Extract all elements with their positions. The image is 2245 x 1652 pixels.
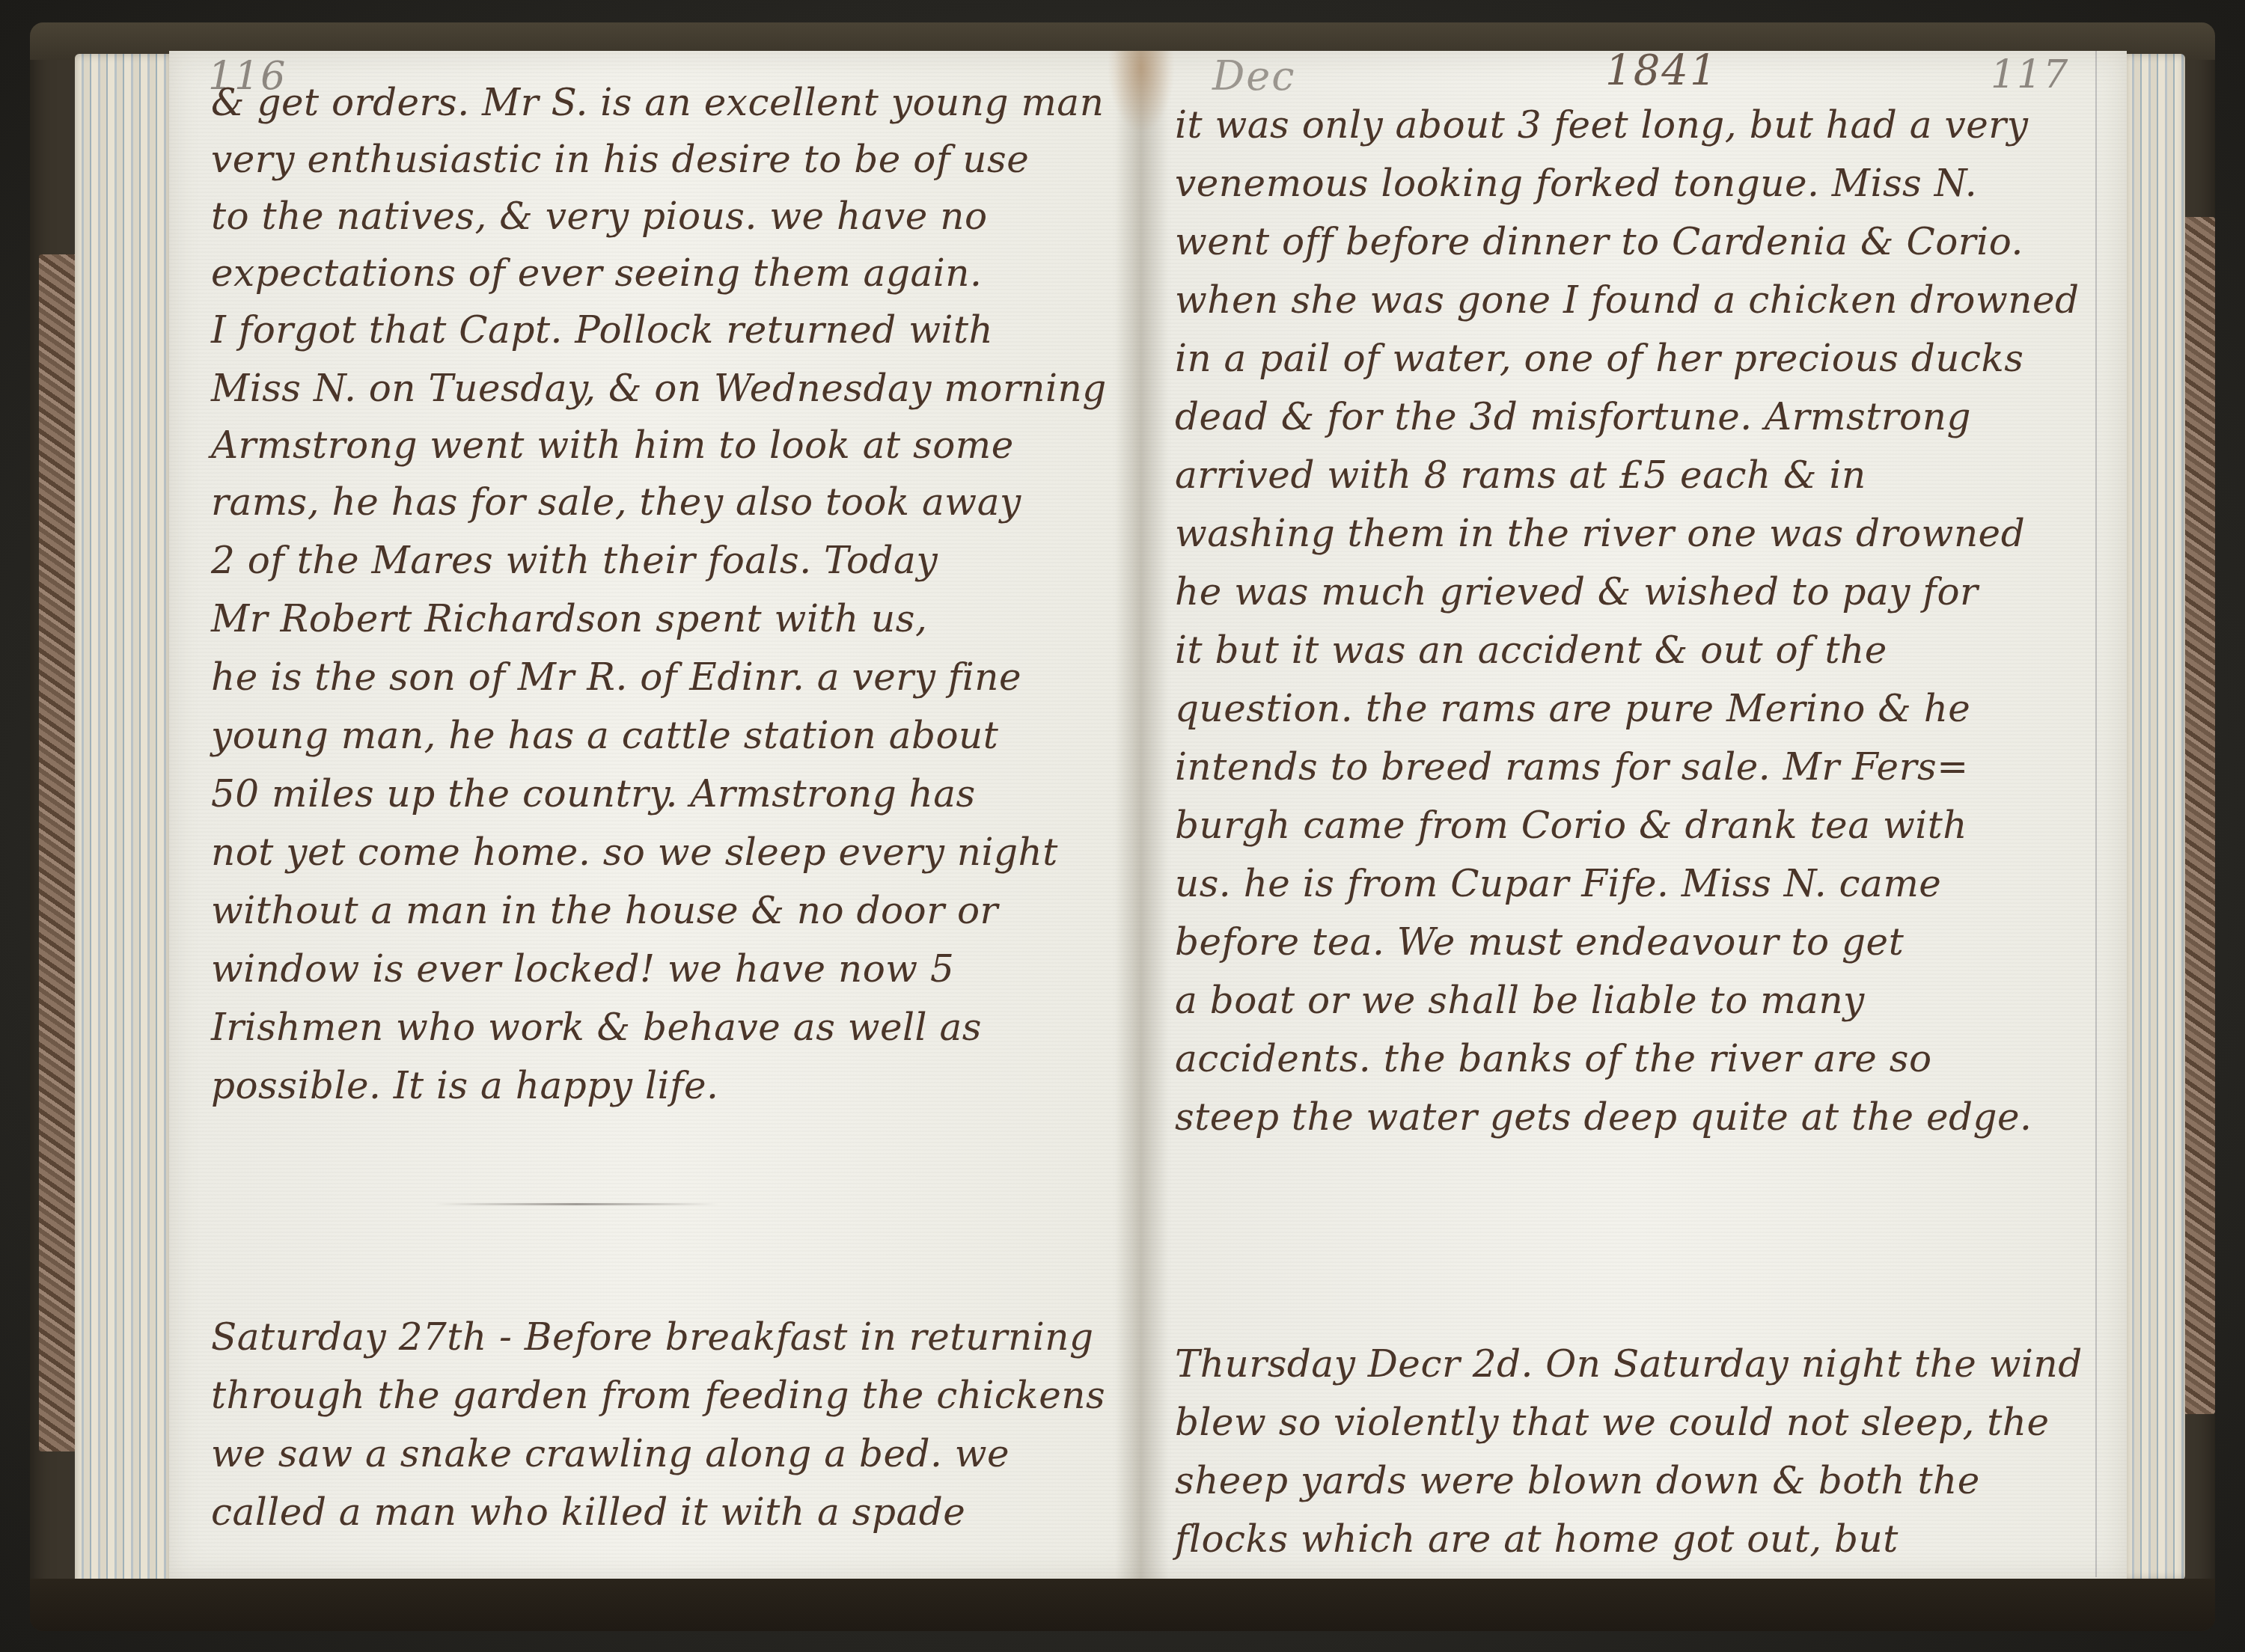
header-year: 1841 xyxy=(1605,46,1718,95)
text-line: he is the son of Mr R. of Edinr. a very … xyxy=(211,655,1021,699)
text-line: before tea. We must endeavour to get xyxy=(1175,920,1904,964)
header-month: Dec xyxy=(1212,52,1296,100)
text-line: to the natives, & very pious. we have no xyxy=(211,195,988,238)
text-line: possible. It is a happy life. xyxy=(211,1064,718,1107)
entry-heading-line: Thursday Decr 2d. On Saturday night the … xyxy=(1175,1342,2083,1386)
entry-divider xyxy=(434,1203,718,1205)
text-line: without a man in the house & no door or xyxy=(211,889,998,932)
text-line: Armstrong went with him to look at some xyxy=(211,423,1014,467)
text-line: very enthusiastic in his desire to be of… xyxy=(211,138,1029,181)
page-edges-right xyxy=(2125,54,2185,1580)
text-line: not yet come home. so we sleep every nig… xyxy=(211,830,1058,874)
text-line: us. he is from Cupar Fife. Miss N. came xyxy=(1175,862,1941,905)
text-line: sheep yards were blown down & both the xyxy=(1175,1459,1980,1502)
text-line: venemous looking forked tongue. Miss N. xyxy=(1175,162,1977,205)
text-line: expectations of ever seeing them again. xyxy=(211,251,982,295)
text-line: Miss N. on Tuesday, & on Wednesday morni… xyxy=(211,367,1107,410)
text-line: in a pail of water, one of her precious … xyxy=(1175,337,2023,380)
text-line: called a man who killed it with a spade xyxy=(211,1490,965,1534)
book-gutter xyxy=(1115,51,1169,1581)
text-line: I forgot that Capt. Pollock returned wit… xyxy=(211,308,993,352)
text-line: it was only about 3 feet long, but had a… xyxy=(1175,103,2028,147)
text-line: Irishmen who work & behave as well as xyxy=(211,1006,982,1049)
text-line: we saw a snake crawling along a bed. we xyxy=(211,1432,1010,1475)
text-line: rams, he has for sale, they also took aw… xyxy=(211,480,1021,524)
text-line: flocks which are at home got out, but xyxy=(1175,1517,1899,1561)
text-line: window is ever locked! we have now 5 xyxy=(211,947,954,991)
text-line: steep the water gets deep quite at the e… xyxy=(1175,1095,2032,1139)
text-line: through the garden from feeding the chic… xyxy=(211,1374,1105,1417)
right-margin-rule xyxy=(2095,51,2097,1577)
text-line: young man, he has a cattle station about xyxy=(211,714,998,757)
text-line: 50 miles up the country. Armstrong has xyxy=(211,772,976,816)
text-line: a boat or we shall be liable to many xyxy=(1175,979,1865,1022)
text-line: he was much grieved & wished to pay for xyxy=(1175,570,1978,614)
text-line: washing them in the river one was drowne… xyxy=(1175,512,2025,555)
text-line: burgh came from Corio & drank tea with xyxy=(1175,804,1967,847)
text-line: 2 of the Mares with their foals. Today xyxy=(211,539,938,582)
page-edges-left xyxy=(75,54,172,1588)
text-line: blew so violently that we could not slee… xyxy=(1175,1401,2050,1444)
entry-heading-line: Saturday 27th - Before breakfast in retu… xyxy=(211,1315,1093,1359)
text-line: it but it was an accident & out of the xyxy=(1175,628,1887,672)
text-line: went off before dinner to Cardenia & Cor… xyxy=(1175,220,2023,263)
text-line: Mr Robert Richardson spent with us, xyxy=(211,597,927,640)
text-line: intends to breed rams for sale. Mr Fers= xyxy=(1175,745,1969,789)
text-line: accidents. the banks of the river are so xyxy=(1175,1037,1932,1080)
page-number-right: 117 xyxy=(1991,52,2069,97)
text-line: arrived with 8 rams at £5 each & in xyxy=(1175,453,1866,497)
paper-stain xyxy=(1108,51,1175,133)
text-line: & get orders. Mr S. is an excellent youn… xyxy=(211,81,1104,124)
cover-bottom-edge xyxy=(30,1579,2215,1631)
marbled-board-left xyxy=(39,254,80,1451)
text-line: dead & for the 3d misfortune. Armstrong xyxy=(1175,395,1971,438)
text-line: when she was gone I found a chicken drow… xyxy=(1175,278,2080,322)
text-line: question. the rams are pure Merino & he xyxy=(1175,687,1970,730)
